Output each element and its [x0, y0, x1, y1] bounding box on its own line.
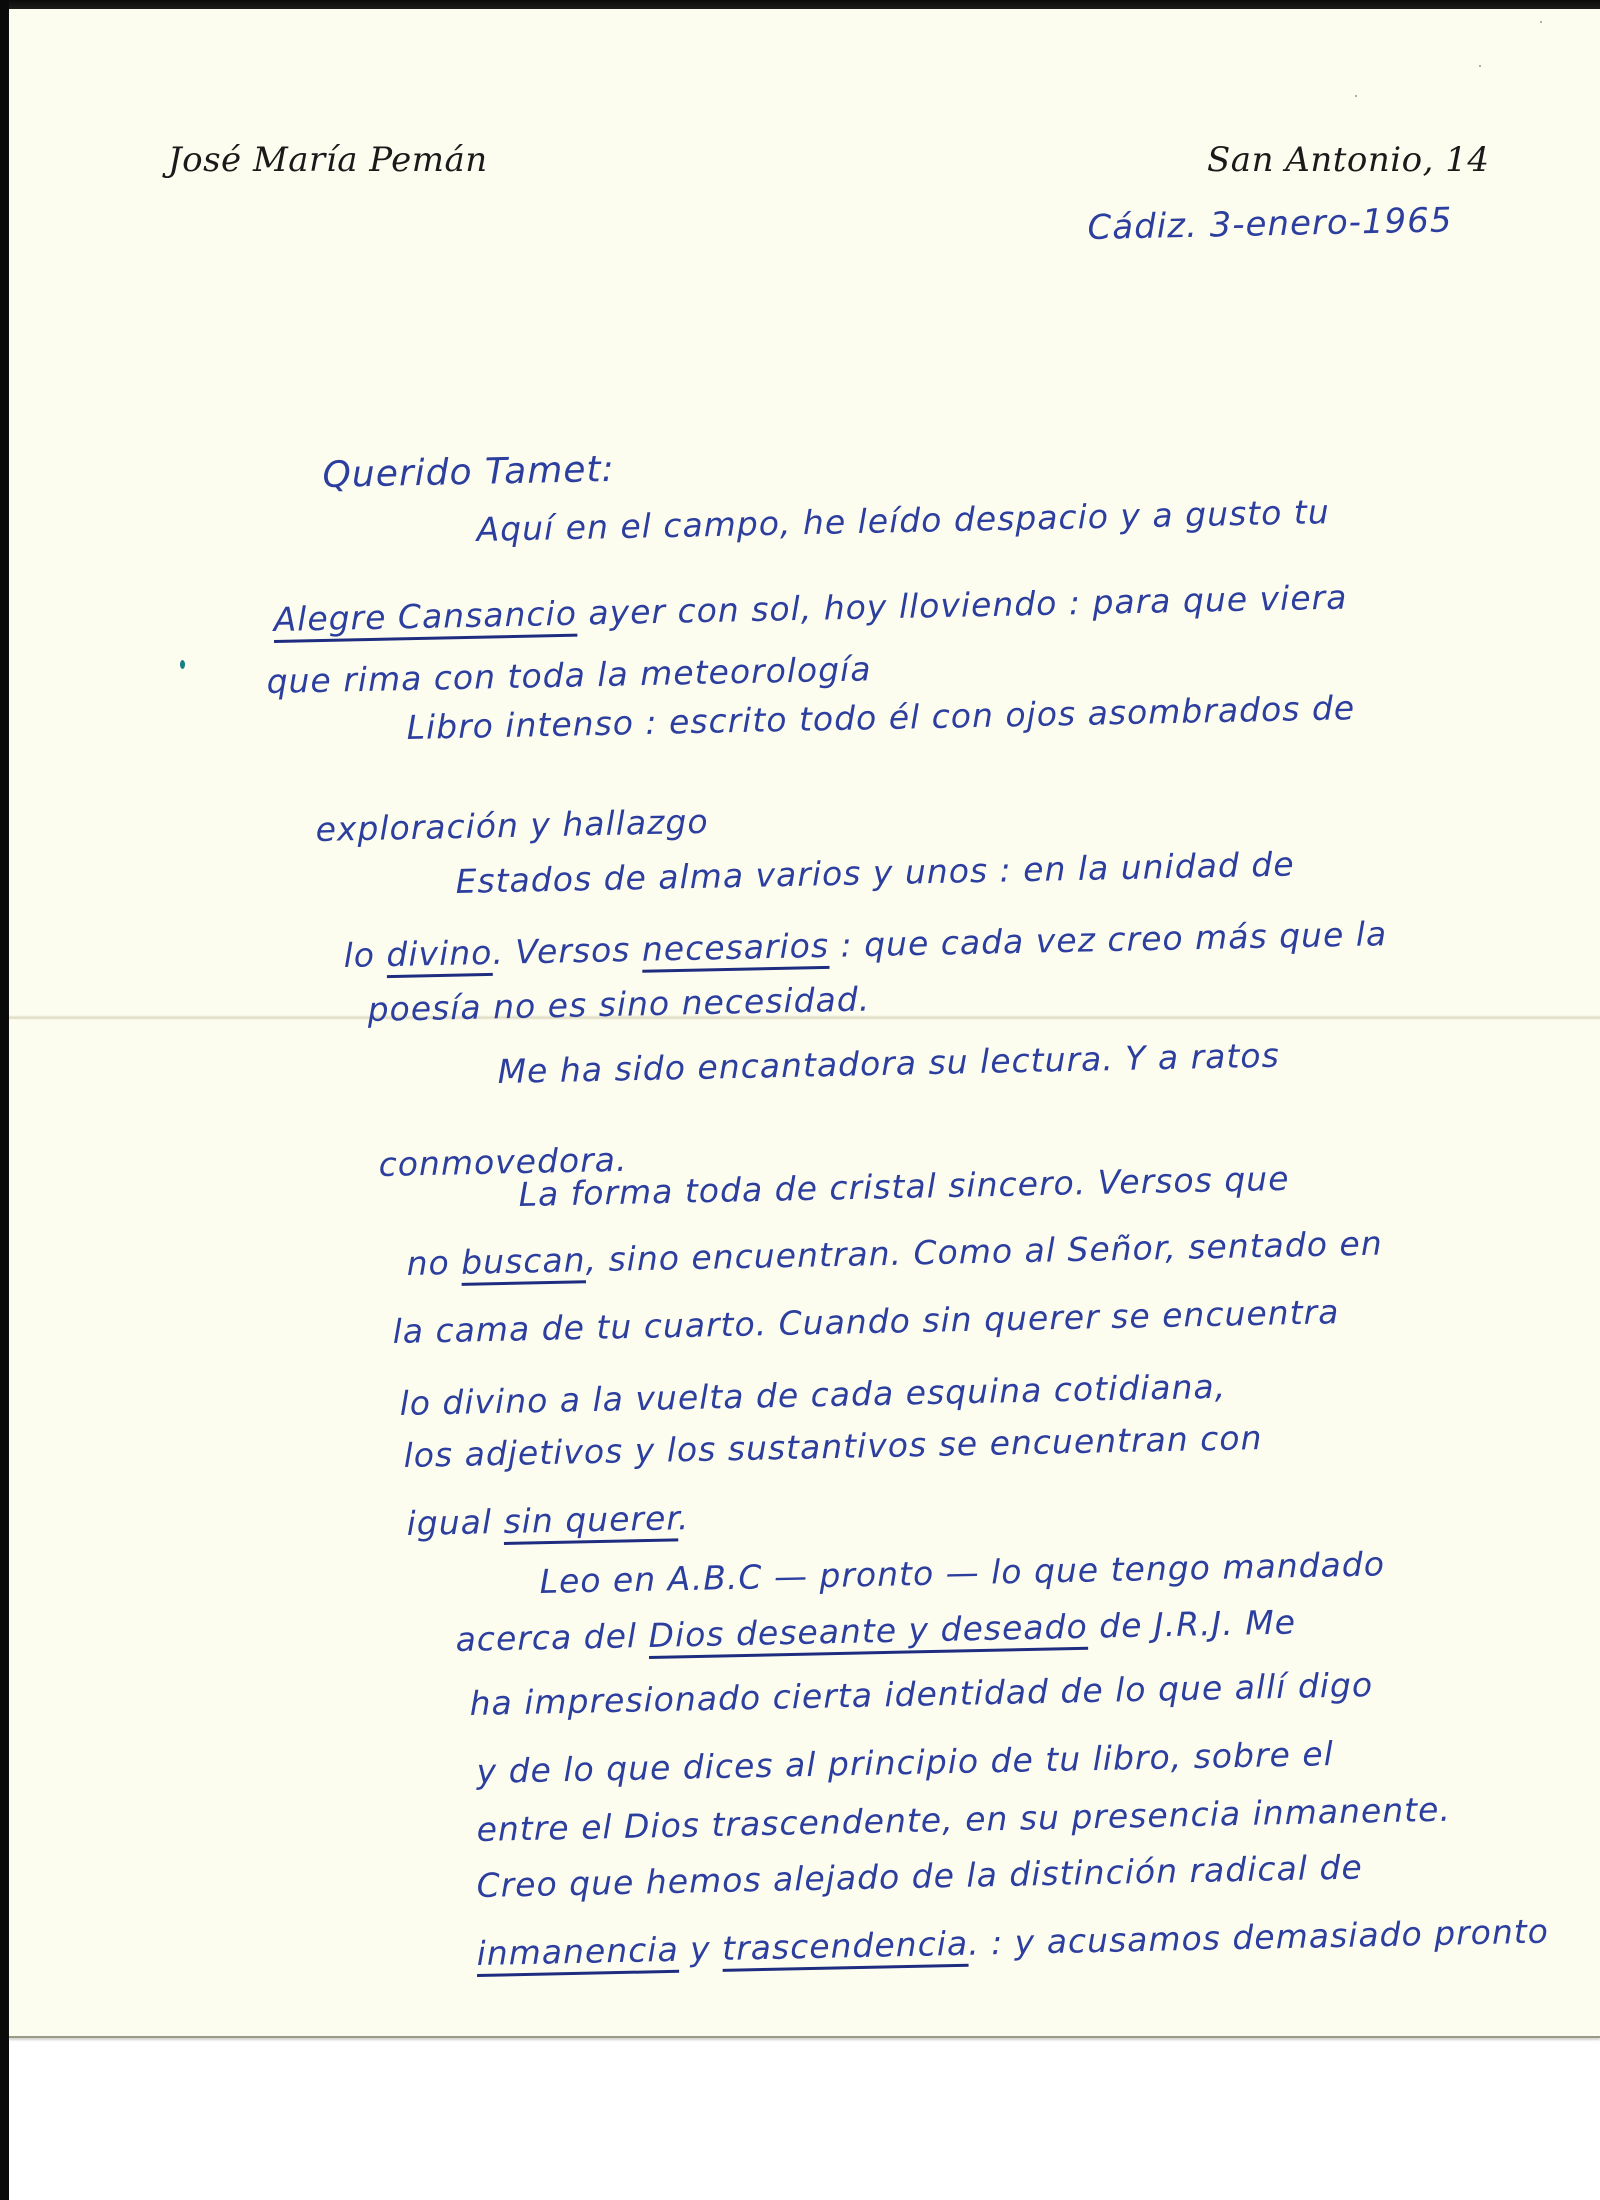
- paper-speck: [1479, 65, 1481, 67]
- letter-salutation: Querido Tamet:: [322, 449, 615, 496]
- underlined-word: buscan: [461, 1240, 586, 1282]
- underlined-word: sin querer: [503, 1498, 678, 1541]
- underlined-word: trascendencia: [722, 1924, 969, 1968]
- letter-date: Cádiz. 3-enero-1965: [1087, 200, 1453, 248]
- letter-line-16: igual sin querer.: [406, 1498, 690, 1543]
- underlined-word: inmanencia: [476, 1930, 679, 1973]
- book-title-underlined: Alegre Cansancio: [273, 594, 577, 639]
- underlined-word: divino: [386, 933, 493, 974]
- scan-border-top: [0, 0, 1600, 9]
- letterhead-address: San Antonio, 14: [1207, 140, 1489, 180]
- letterhead-name: José María Pemán: [168, 140, 488, 180]
- underlined-word: necesarios: [641, 926, 829, 969]
- paper-speck: [1355, 95, 1357, 97]
- letter-line-5: exploración y hallazgo: [315, 802, 709, 849]
- letter-sheet: [9, 9, 1600, 2038]
- ink-spot: [180, 660, 185, 669]
- paper-speck: [1540, 21, 1542, 23]
- scan-border-left: [0, 0, 9, 2200]
